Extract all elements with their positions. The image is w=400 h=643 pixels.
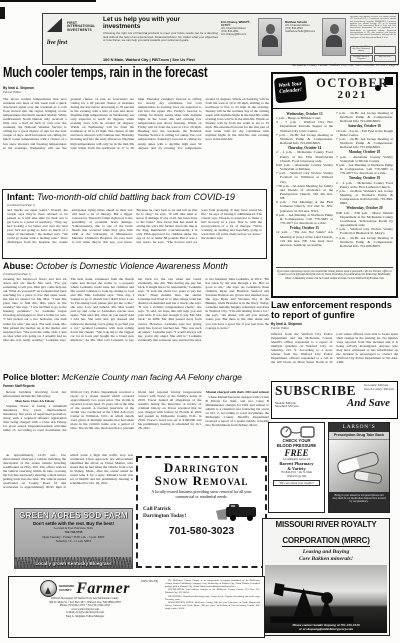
disclaimer-box: Not Insured by FDIC or Any Other Governm…	[350, 46, 373, 55]
abuse-headline-text: October is Domestic Violence Awareness M…	[34, 262, 228, 271]
abuse-headline: Abuse: October is Domestic Violence Awar…	[3, 262, 269, 272]
police-kicker: Police blotter:	[3, 373, 60, 382]
rate-snowbird: Snowbird: $52/year	[275, 405, 299, 409]
scan-artifact-top	[0, 0, 96, 2]
mrrc-ad: MISSOURI RIVER ROYALTY CORPORATION (MRRC…	[262, 518, 390, 636]
calendar-title: OCTOBER 2021	[309, 74, 396, 101]
banner-disclaimer-boxes: Not Insured by FDIC or Any Other Governm…	[350, 46, 396, 63]
larson-body: Bring in your unused or old prescription…	[329, 492, 389, 513]
newspaper-name: Farmer	[76, 581, 130, 596]
calendar-event: 12 p.m. - "We Are Not Saints" AA Meeting…	[276, 230, 333, 247]
barrett-name: Barrett Pharmacy & Variety	[271, 462, 322, 472]
main-headline: Much cooler temps, rain in the forecast	[3, 65, 269, 81]
calendar-event: 6:45 p.m. - Alexander County Varsity Vol…	[276, 163, 333, 171]
subscribe-ad: SUBSCRIBE In-County: $40/year Out-of-Cou…	[271, 381, 398, 419]
police-article-body-continued: At approximately 12:45 a.m., law enforce…	[3, 453, 133, 503]
calendar-event: 7 p.m. - 24-Hr. AA Group meeting at Nort…	[336, 111, 393, 123]
calendar-event: 7 p.m. - 24-Hour Women's AA Group Meetin…	[336, 189, 393, 206]
subscribe-title: SUBSCRIBE	[275, 384, 356, 397]
police-subhead: Man faces Class AA Felony	[3, 399, 67, 403]
gunfire-byline: By Neal A. Shipman Farmer Editor	[271, 323, 341, 331]
disclaimer-box: Not Bank Guaranteed	[374, 46, 397, 55]
police-part-2: Chase Mantei has been charged with a Cla…	[206, 395, 270, 427]
calendar-event: 7:30 p.m. - Al-Anon Meeting for family a…	[276, 184, 333, 201]
calendar-year: 2021	[309, 90, 396, 101]
subscribe-rates-right: In-County: $40/year Out-of-County: $50/y…	[364, 384, 394, 391]
usps-number: USPS (336-700)	[141, 580, 158, 583]
darrington-snow-removal-ad: Darrington Snow Removal A locally-owned …	[136, 456, 267, 568]
police-headline-text: McKenzie County man facing AA Felony cha…	[60, 373, 242, 382]
calendar-column-2: 7 p.m. - 24-Hr. AA Group meeting at Nort…	[336, 111, 393, 266]
calendar-decoration-dot	[375, 85, 381, 91]
police-subhead: Mantei charged with theft, DUI and refus…	[206, 390, 270, 394]
subscribe-script-text: And Save	[347, 398, 394, 409]
infant-headline-text: Two-month-old child battling back from C…	[35, 193, 235, 202]
infant-article-box: Infant: Two-month-old child battling bac…	[2, 189, 267, 259]
mrrc-title: CORPORATION (MRRC)	[282, 537, 369, 547]
calendar-event: 8 p.m. - NA Meetings at the First Luther…	[276, 200, 333, 212]
county-logo-text: McKENZIE COUNTY	[59, 585, 74, 592]
weather-byline: By Neal A. Shipman Farmer Editor	[3, 87, 83, 95]
continued-from-note: (Continued from Page 1)	[7, 204, 262, 207]
green-acres-hours: Saturday • 9 - 11 a.m. MDT	[15, 539, 132, 543]
fibt-logo-block: FIRST INTERNATIONAL INVESTMENTS live fir…	[43, 14, 101, 64]
subscribe-rates-left: Student: $40/year Snowbird: $52/year	[275, 402, 299, 409]
advisor-photo	[322, 18, 346, 56]
fibt-tagline: live first	[47, 40, 99, 46]
advisor-email: matthew.schultz@fibt.com	[285, 30, 321, 33]
cta-line: Darrington Today!	[143, 513, 213, 519]
capsule-graphic	[353, 470, 382, 485]
rate-out-county: Out-of-County: $50/year	[364, 388, 394, 392]
darrington-phone: 701-580-3023	[143, 525, 260, 537]
infant-headline: Infant: Two-month-old child battling bac…	[7, 193, 262, 203]
mrrc-tagline: Leasing and Buying Core Bakken minerals!	[263, 549, 389, 562]
weather-article-body: The above normal temperatures that area …	[3, 97, 269, 187]
darrington-title: Darrington Snow Removal	[143, 462, 260, 487]
fibt-brand-name: FIRST INTERNATIONAL INVESTMENTS	[67, 22, 95, 33]
calendar-event: 10 a.m. - 6 p.m. - Fall Fest at the Roug…	[336, 129, 393, 137]
disclaimer-box: May Lose Value	[374, 55, 397, 62]
calendar-submission-note: If you have upcoming events you would li…	[276, 267, 393, 276]
police-intro: Recent incidents involving local law enf…	[3, 390, 67, 398]
banner-body-text: Choosing the right mix of financial prod…	[103, 32, 218, 43]
fibt-banner-ad: FIRST INTERNATIONAL INVESTMENTS live fir…	[42, 13, 399, 65]
police-article-body-top: Recent incidents involving local law enf…	[3, 390, 269, 452]
darrington-body: A locally-owned business providing snow …	[143, 490, 260, 500]
advisor-2: Matthew Schultz LPL Financial Advisor (7…	[285, 18, 347, 64]
green-acres-title: GREEN ACRES SOD FARM	[15, 511, 132, 520]
gunfire-article-body: Officers from the Watford City Police De…	[271, 332, 398, 378]
calendar-event: 2 - 4 p.m. - McKenzie County Food Pantry…	[276, 150, 333, 162]
calendar-event: 7 p.m. - 24-Hr. AA Group meeting at Nort…	[336, 137, 393, 149]
continued-from-note: (Continued from Page 1)	[3, 273, 269, 276]
masthead-editor: Neal A. Shipman, Editor/Manager	[13, 615, 157, 619]
byline-title: Farmer Editor	[271, 327, 341, 331]
green-acres-ad: GREEN ACRES SOD FARM Don't settle with t…	[14, 508, 133, 569]
disclaimer-box: Not Bank Deposits or Obligations	[350, 55, 373, 62]
scan-artifact-left	[0, 7, 5, 19]
gunfire-headline: Law enforcement responds to report of gu…	[271, 301, 398, 321]
fibt-logo-icon	[47, 18, 62, 32]
mrrc-contact: Please contact Sander Kopseng at 701-226…	[265, 623, 387, 631]
calendar-online-note: More community events can be found onlin…	[276, 277, 393, 280]
county-name-line: COUNTY	[59, 589, 74, 592]
barrett-free-text: FREE	[271, 449, 322, 459]
calendar-event: 7 p.m. - Watford City Wolves Varsity Foo…	[336, 227, 393, 235]
badge-line: Calendar!	[275, 87, 306, 96]
snowplow-truck-image	[216, 503, 260, 523]
abuse-article-body: cleaning her hardwood floors and had sat…	[3, 277, 269, 369]
calendar-event: 3 - 7 p.m. - Watford City Fire Departmen…	[276, 120, 333, 132]
darrington-title-line: Snow Removal	[143, 475, 260, 488]
mrrc-title: MISSOURI RIVER ROYALTY	[263, 521, 389, 530]
barrett-slogan: “We care about your health!”	[273, 480, 320, 486]
calendar-decoration-square	[385, 77, 393, 85]
fine-print-paragraph: SUBSCRIPTION RATES: McKenzie County, $40…	[165, 602, 260, 611]
police-part-3: At approximately 12:45 a.m., law enforce…	[3, 453, 133, 489]
green-acres-footer: Locally grown Kentucky Bluegrass	[15, 561, 132, 566]
community-calendar-box: Work Your Calendar! OCTOBER 2021 Wednesd…	[271, 72, 398, 298]
infant-kicker: Infant:	[7, 193, 35, 202]
calendar-column-1: Wednesday, October 131 p.m. - Bingo at H…	[276, 111, 333, 266]
masthead-left: USPS (336-700) McKENZIE COUNTY Farmer Of…	[9, 577, 161, 637]
larson-title: Prescription Drug Take Back	[329, 432, 389, 440]
advisor-photo	[258, 18, 282, 56]
calendar-event: 7 p.m. - 24-Hr. AA Group meeting at Nort…	[276, 133, 333, 145]
pills-image	[329, 440, 389, 492]
calendar-events: Wednesday, October 131 p.m. - Bingo at H…	[273, 109, 396, 266]
calendar-event: 9:00 a.m. - 3:30 p.m. - Motor Vehicle De…	[336, 211, 393, 228]
darrington-cta: Call Patrick Darrington Today!	[143, 506, 213, 518]
calendar-event: 7 p.m. - Watford City Wolves Varsity Foo…	[276, 171, 333, 183]
calendar-event: 7 p.m. - Alexander County Varsity Volley…	[336, 155, 393, 163]
banner-address-line: 100 N Main, Watford City | FIBT.com | Se…	[103, 57, 253, 62]
abuse-kicker: Abuse:	[3, 262, 34, 271]
barrett-city: Watford City, ND	[271, 475, 322, 478]
calendar-event: 7 p.m. - 24-Hr. AA Group meeting at Nort…	[336, 236, 393, 248]
blood-pressure-cuff-icon	[277, 425, 317, 439]
calendar-event: 2 - 4 p.m. - McKenzie County Food Pantry…	[336, 181, 393, 189]
calendar-event: 8 p.m. - AA Meeting at Northern Pump & C…	[336, 163, 393, 175]
advisor-email: erin.chaney@fibt.com	[221, 33, 257, 36]
newspaper-masthead-box: USPS (336-700) McKENZIE COUNTY Farmer Of…	[8, 576, 265, 638]
work-your-calendar-badge: Work Your Calendar!	[274, 76, 307, 104]
banner-fine-print: Securities and advisory services are off…	[350, 16, 396, 44]
barrett-pharmacy-ad: CHECK YOUR BLOOD PRESSURE FREE A Communi…	[268, 422, 325, 513]
pumpjack-silhouette	[269, 573, 355, 623]
banner-headline: Let us help you with your investments	[103, 17, 218, 31]
pumpjack-photo: Please contact Sander Kopseng at 701-226…	[265, 565, 387, 633]
infant-article-body: and checks are super weird." Overall, th…	[7, 208, 262, 258]
calendar-header: Work Your Calendar! OCTOBER 2021	[273, 74, 396, 109]
masthead-fine-print: The McKenzie County Farmer is an indepen…	[161, 577, 264, 637]
county-logo-icon	[40, 580, 57, 597]
police-byline: Farmer Staff Reports	[3, 384, 83, 388]
larson-drug-takeback-ad: LARSON’S Prescription Drug Take Back Bri…	[328, 422, 390, 513]
newspaper-page: { "page": { "id_line": "McKenzie County …	[0, 0, 400, 643]
larson-brand: LARSON’S	[329, 423, 389, 432]
police-blotter-headline: Police blotter: McKenzie County man faci…	[3, 373, 269, 382]
mrrc-contact-line: or at skopseng@unitedenergycorp.com	[265, 627, 387, 631]
byline-title: Farmer Editor	[3, 91, 83, 95]
mrrc-tagline-line: Core Bakken minerals!	[263, 556, 389, 562]
calendar-event: 8 p.m. - AA Meeting at Northern Pump & C…	[276, 213, 333, 225]
